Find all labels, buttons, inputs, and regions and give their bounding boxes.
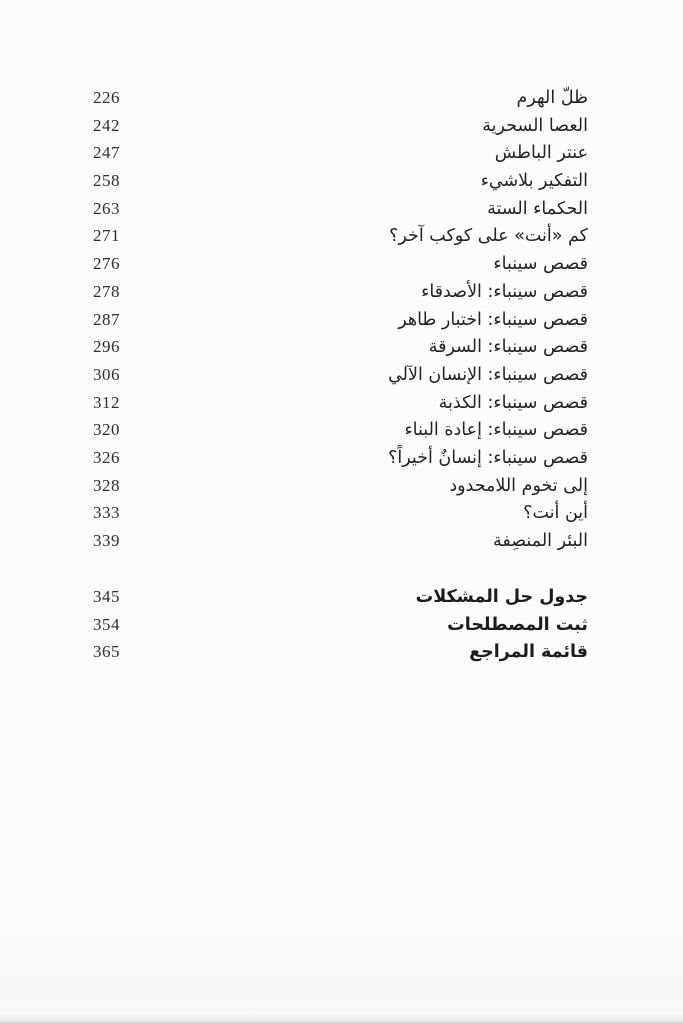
toc-entry-title: التفكير بلاشيء xyxy=(481,171,588,191)
toc-entry-title: ثبت المصطلحات xyxy=(447,615,588,635)
toc-entry-title: كم «أنت» على كوكب آخر؟ xyxy=(389,226,588,246)
toc-entry-title: عنتر الباطش xyxy=(495,143,588,163)
toc-row: 247 عنتر الباطش xyxy=(93,143,588,171)
toc-row: 333 أين أنت؟ xyxy=(93,503,588,531)
toc-page-number: 258 xyxy=(93,171,120,191)
toc-row: 287 قصص سينباء: اختبار طاهر xyxy=(93,310,588,338)
toc-page-number: 306 xyxy=(93,365,120,385)
toc-entry-title: ظلّ الهرم xyxy=(517,88,589,108)
page-bottom-edge-shadow xyxy=(0,1020,683,1024)
toc-page-number: 226 xyxy=(93,88,120,108)
toc-row: 326 قصص سينباء: إنسانٌ أخيراً؟ xyxy=(93,448,588,476)
toc-entry-title: قصص سينباء: إعادة البناء xyxy=(404,420,588,440)
toc-row: 354 ثبت المصطلحات xyxy=(93,615,588,643)
toc-row: 258 التفكير بلاشيء xyxy=(93,171,588,199)
toc-page-number: 276 xyxy=(93,254,120,274)
toc-entry-title: البئر المنصِفة xyxy=(493,531,588,551)
toc-row: 339 البئر المنصِفة xyxy=(93,531,588,559)
toc-row: 306 قصص سينباء: الإنسان الآلي xyxy=(93,365,588,393)
toc-row: 345 جدول حل المشكلات xyxy=(93,587,588,615)
toc-page-number: 242 xyxy=(93,116,120,136)
toc-row: 365 قائمة المراجع xyxy=(93,642,588,670)
toc-page-number: 339 xyxy=(93,531,120,551)
book-toc-page: 226 ظلّ الهرم 242 العصا السحرية 247 عنتر… xyxy=(0,0,683,1024)
toc-page-number: 326 xyxy=(93,448,120,468)
toc-page-number: 247 xyxy=(93,143,120,163)
toc-page-number: 312 xyxy=(93,393,120,413)
toc-page-number: 354 xyxy=(93,615,120,635)
toc-row: 276 قصص سينباء xyxy=(93,254,588,282)
toc-entry-title: أين أنت؟ xyxy=(523,503,588,523)
toc-page-number: 328 xyxy=(93,476,120,496)
toc-page-number: 287 xyxy=(93,310,120,330)
toc-entry-title: قصص سينباء xyxy=(493,254,588,274)
toc-row: 328 إلى تخوم اللامحدود xyxy=(93,476,588,504)
toc-row: 226 ظلّ الهرم xyxy=(93,88,588,116)
toc-entry-title: إلى تخوم اللامحدود xyxy=(449,476,588,496)
toc-page-number: 320 xyxy=(93,420,120,440)
toc-row: 278 قصص سينباء: الأصدقاء xyxy=(93,282,588,310)
toc-row: 320 قصص سينباء: إعادة البناء xyxy=(93,420,588,448)
toc-page-number: 296 xyxy=(93,337,120,357)
toc-row: 296 قصص سينباء: السرقة xyxy=(93,337,588,365)
toc-row: 263 الحكماء الستة xyxy=(93,199,588,227)
toc-entry-title: جدول حل المشكلات xyxy=(416,587,588,607)
toc-entry-title: قصص سينباء: الإنسان الآلي xyxy=(388,365,588,385)
toc-page-number: 278 xyxy=(93,282,120,302)
toc-row: 242 العصا السحرية xyxy=(93,116,588,144)
toc-page-number: 263 xyxy=(93,199,120,219)
toc-entry-title: قائمة المراجع xyxy=(469,642,588,662)
toc-entry-title: العصا السحرية xyxy=(482,116,588,136)
toc-entry-title: قصص سينباء: الكذبة xyxy=(439,393,588,413)
toc-row: 312 قصص سينباء: الكذبة xyxy=(93,393,588,421)
toc-page-number: 271 xyxy=(93,226,120,246)
toc-row: 271 كم «أنت» على كوكب آخر؟ xyxy=(93,226,588,254)
toc-entry-title: الحكماء الستة xyxy=(487,199,588,219)
toc-entry-title: قصص سينباء: السرقة xyxy=(429,337,588,357)
toc-backmatter-list: 345 جدول حل المشكلات 354 ثبت المصطلحات 3… xyxy=(93,587,588,670)
toc-main-list: 226 ظلّ الهرم 242 العصا السحرية 247 عنتر… xyxy=(93,88,588,559)
toc-page-number: 333 xyxy=(93,503,120,523)
toc-entry-title: قصص سينباء: اختبار طاهر xyxy=(398,310,588,330)
toc-page-number: 365 xyxy=(93,642,120,662)
toc-entry-title: قصص سينباء: إنسانٌ أخيراً؟ xyxy=(388,448,588,468)
toc-page-number: 345 xyxy=(93,587,120,607)
toc-entry-title: قصص سينباء: الأصدقاء xyxy=(421,282,588,302)
